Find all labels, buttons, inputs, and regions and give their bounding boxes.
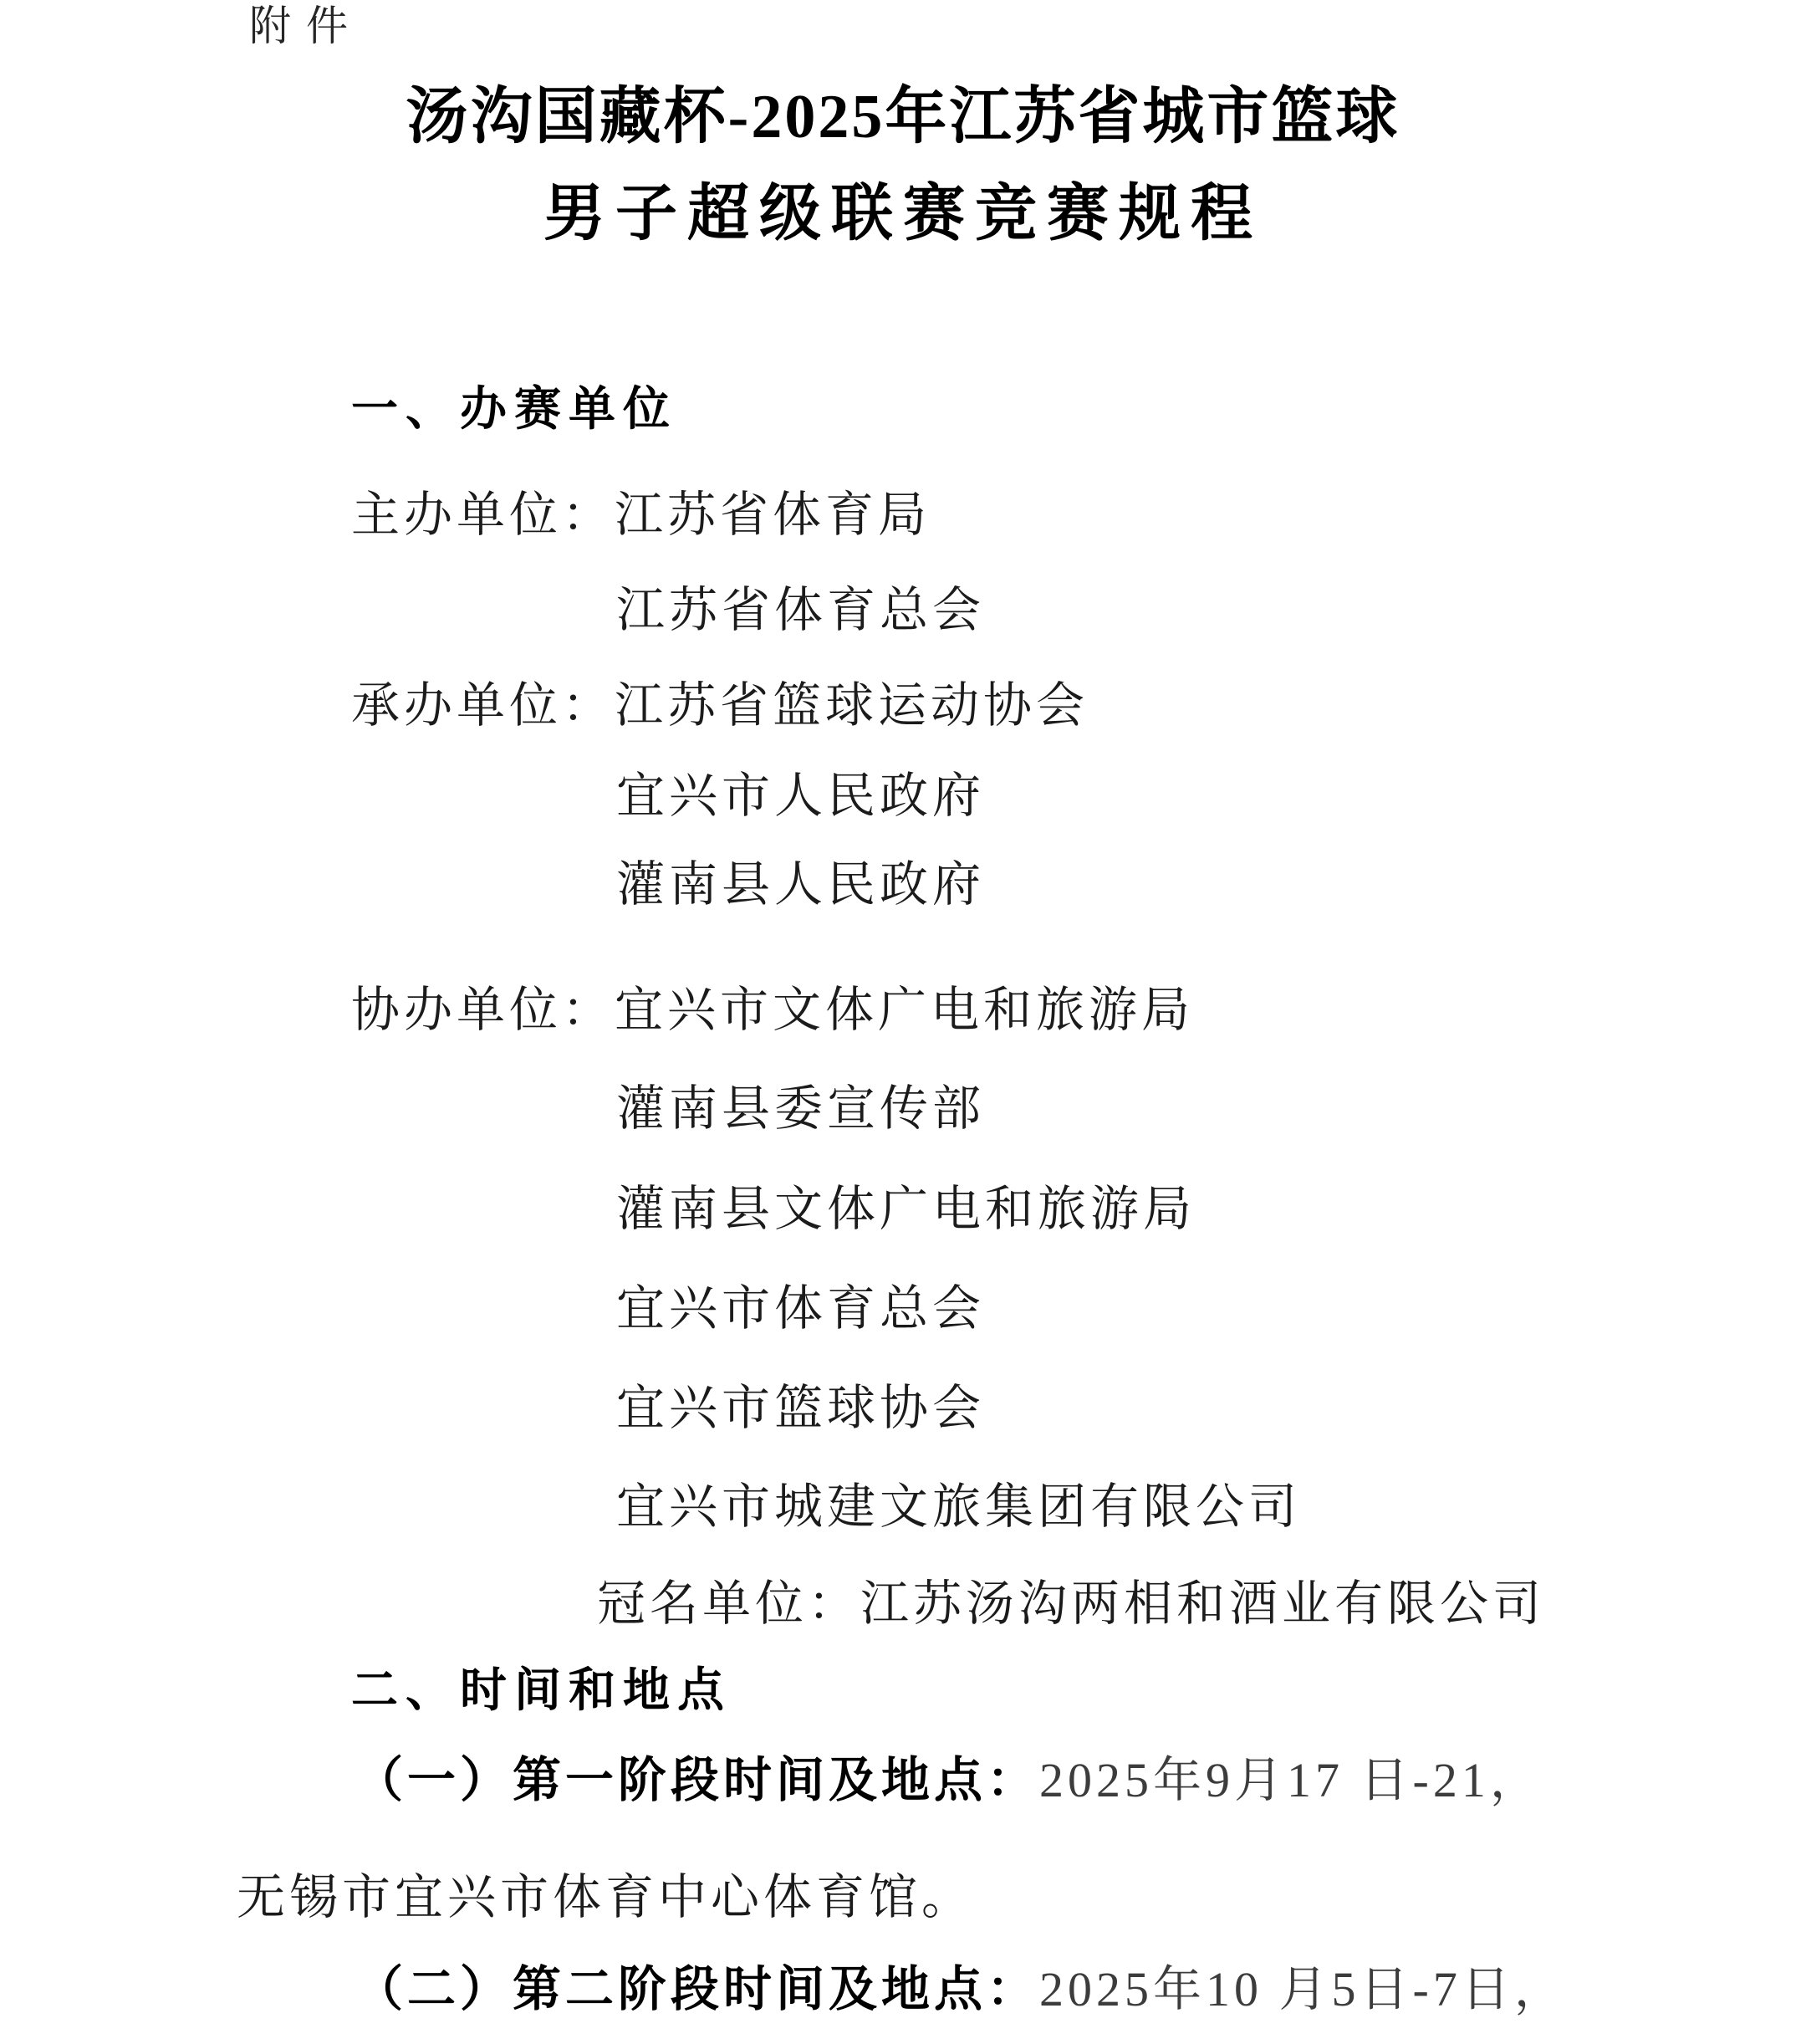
- organizer-label: 承办单位：: [351, 678, 615, 733]
- co-organizer-value: 宜兴市文体广电和旅游局: [615, 983, 1194, 1037]
- stage1-venue: 无锡市宜兴市体育中心体育馆。: [237, 1871, 974, 1924]
- title-sponsor-label: 冠名单位：: [597, 1576, 860, 1631]
- stage1-date: 2025年9月17 日-21，: [1039, 1753, 1543, 1807]
- stage1-line: （一）第一阶段时间及地点：2025年9月17 日-21，: [355, 1754, 1543, 1807]
- host-value: 江苏省体育局: [615, 488, 931, 542]
- co-organizer-extra-4: 宜兴市篮球协会: [616, 1382, 985, 1435]
- co-organizer-label: 协办单位：: [351, 983, 615, 1037]
- host-label: 主办单位：: [351, 488, 615, 542]
- stage2-label: （二）第二阶段时间及地点：: [355, 1962, 1039, 2016]
- document-title-line1: 汤沟国藏杯-2025年江苏省城市篮球: [0, 67, 1806, 156]
- co-organizer-extra-1: 灌南县委宣传部: [616, 1082, 985, 1136]
- document-title-line2: 男子超级联赛竞赛规程: [0, 164, 1806, 253]
- organizer-line: 承办单位：江苏省篮球运动协会: [351, 679, 1089, 733]
- co-organizer-line: 协办单位：宜兴市文体广电和旅游局: [351, 984, 1194, 1037]
- title-sponsor-line: 冠名单位：江苏汤沟两相和酒业有限公司: [597, 1577, 1545, 1631]
- host-line: 主办单位：江苏省体育局: [351, 488, 931, 542]
- co-organizer-extra-2: 灌南县文体广电和旅游局: [616, 1183, 1196, 1236]
- co-organizer-extra-5: 宜兴市城建文旅集团有限公司: [616, 1480, 1301, 1534]
- host-extra-1: 江苏省体育总会: [616, 584, 985, 637]
- organizer-extra-2: 灌南县人民政府: [616, 858, 985, 912]
- organizer-extra-1: 宜兴市人民政府: [616, 769, 985, 823]
- section2-heading: 二、时间和地点: [351, 1664, 732, 1716]
- title-sponsor-value: 江苏汤沟两相和酒业有限公司: [860, 1576, 1545, 1631]
- stage1-label: （一）第一阶段时间及地点：: [355, 1753, 1039, 1807]
- document-page: 附件 汤沟国藏杯-2025年江苏省城市篮球 男子超级联赛竞赛规程 一、办赛单位 …: [0, 0, 1806, 2044]
- section1-heading: 一、办赛单位: [351, 383, 677, 435]
- stage2-date: 2025年10 月5日-7日，: [1039, 1962, 1567, 2016]
- stage2-line: （二）第二阶段时间及地点：2025年10 月5日-7日，: [355, 1963, 1567, 2016]
- co-organizer-extra-3: 宜兴市体育总会: [616, 1282, 985, 1336]
- organizer-value: 江苏省篮球运动协会: [615, 678, 1089, 733]
- attachment-label: 附件: [249, 3, 363, 49]
